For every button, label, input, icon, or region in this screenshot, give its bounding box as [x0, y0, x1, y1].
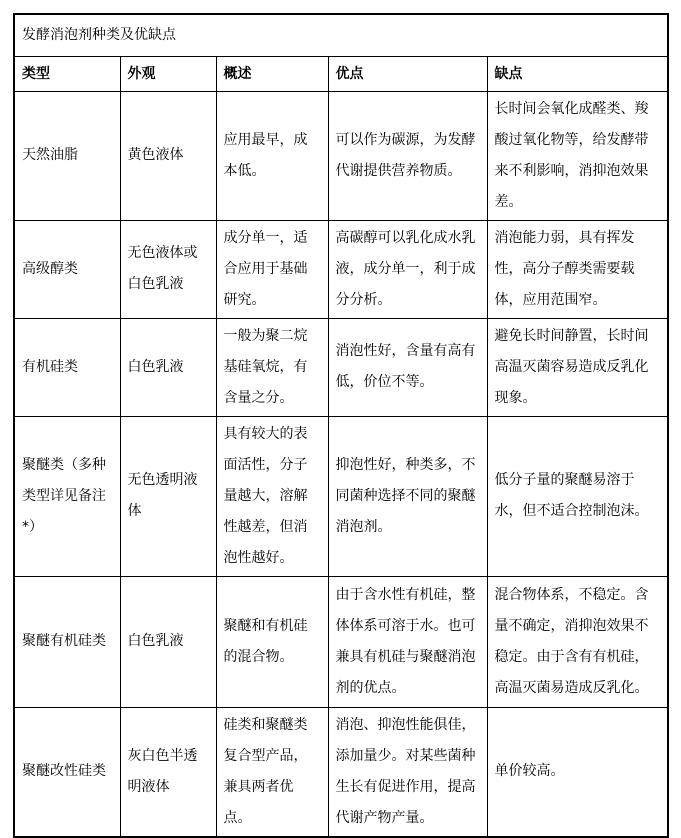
cell-cons: 混合物体系，不稳定。含量不确定，消抑泡效果不稳定。由于含有有机硅，高温灭菌易造成…: [487, 576, 668, 707]
cell-overview: 具有较大的表面活性，分子量越大，溶解性越差，但消泡性越好。: [216, 416, 328, 576]
cell-overview: 聚醚和有机硅的混合物。: [216, 576, 328, 707]
cell-type: 聚醚改性硅类: [14, 707, 120, 837]
cell-type: 聚醚类（多种类型详见备注*）: [14, 416, 120, 576]
cell-cons: 长时间会氧化成醛类、羧酸过氧化物等，给发酵带来不利影响，消抑泡效果差。: [487, 91, 668, 220]
cell-overview: 应用最早，成本低。: [216, 91, 328, 220]
cell-type: 高级醇类: [14, 220, 120, 318]
cell-appearance: 黄色液体: [120, 91, 216, 220]
cell-pros: 消泡性好，含量有高有低，价位不等。: [328, 318, 487, 416]
cell-type: 聚醚有机硅类: [14, 576, 120, 707]
cell-appearance: 白色乳液: [120, 318, 216, 416]
cell-overview: 一般为聚二烷基硅氧烷，有含量之分。: [216, 318, 328, 416]
table-row: 有机硅类 白色乳液 一般为聚二烷基硅氧烷，有含量之分。 消泡性好，含量有高有低，…: [14, 318, 668, 416]
cell-pros: 消泡、抑泡性能俱佳，添加量少。对某些菌种生长有促进作用，提高代谢产物产量。: [328, 707, 487, 837]
title-row: 发酵消泡剂种类及优缺点: [14, 14, 668, 56]
cell-pros: 高碳醇可以乳化成水乳液，成分单一，利于成分分析。: [328, 220, 487, 318]
cell-cons: 单价较高。: [487, 707, 668, 837]
cell-appearance: 白色乳液: [120, 576, 216, 707]
cell-type: 有机硅类: [14, 318, 120, 416]
table-row: 天然油脂 黄色液体 应用最早，成本低。 可以作为碳源，为发酵代谢提供营养物质。 …: [14, 91, 668, 220]
header-row: 类型 外观 概述 优点 缺点: [14, 56, 668, 91]
cell-cons: 消泡能力弱，具有挥发性，高分子醇类需要载体，应用范围窄。: [487, 220, 668, 318]
table-row: 高级醇类 无色液体或白色乳液 成分单一，适合应用于基础研究。 高碳醇可以乳化成水…: [14, 220, 668, 318]
table-title: 发酵消泡剂种类及优缺点: [14, 14, 668, 56]
cell-pros: 由于含水性有机硅，整体体系可溶于水。也可兼具有机硅与聚醚消泡剂的优点。: [328, 576, 487, 707]
cell-appearance: 灰白色半透明液体: [120, 707, 216, 837]
cell-appearance: 无色透明液体: [120, 416, 216, 576]
cell-pros: 可以作为碳源，为发酵代谢提供营养物质。: [328, 91, 487, 220]
cell-type: 天然油脂: [14, 91, 120, 220]
document-page: 发酵消泡剂种类及优缺点 类型 外观 概述 优点 缺点 天然油脂 黄色液体 应用最…: [0, 0, 681, 755]
cell-cons: 避免长时间静置，长时间高温灭菌容易造成反乳化现象。: [487, 318, 668, 416]
column-header-type: 类型: [14, 56, 120, 91]
column-header-pros: 优点: [328, 56, 487, 91]
column-header-cons: 缺点: [487, 56, 668, 91]
antifoam-types-table: 发酵消泡剂种类及优缺点 类型 外观 概述 优点 缺点 天然油脂 黄色液体 应用最…: [13, 13, 669, 838]
table-row: 聚醚改性硅类 灰白色半透明液体 硅类和聚醚类复合型产品，兼具两者优点。 消泡、抑…: [14, 707, 668, 837]
cell-cons: 低分子量的聚醚易溶于水，但不适合控制泡沫。: [487, 416, 668, 576]
column-header-appearance: 外观: [120, 56, 216, 91]
cell-pros: 抑泡性好，种类多，不同菌种选择不同的聚醚消泡剂。: [328, 416, 487, 576]
column-header-overview: 概述: [216, 56, 328, 91]
cell-overview: 成分单一，适合应用于基础研究。: [216, 220, 328, 318]
table-row: 聚醚有机硅类 白色乳液 聚醚和有机硅的混合物。 由于含水性有机硅，整体体系可溶于…: [14, 576, 668, 707]
cell-appearance: 无色液体或白色乳液: [120, 220, 216, 318]
table-row: 聚醚类（多种类型详见备注*） 无色透明液体 具有较大的表面活性，分子量越大，溶解…: [14, 416, 668, 576]
cell-overview: 硅类和聚醚类复合型产品，兼具两者优点。: [216, 707, 328, 837]
